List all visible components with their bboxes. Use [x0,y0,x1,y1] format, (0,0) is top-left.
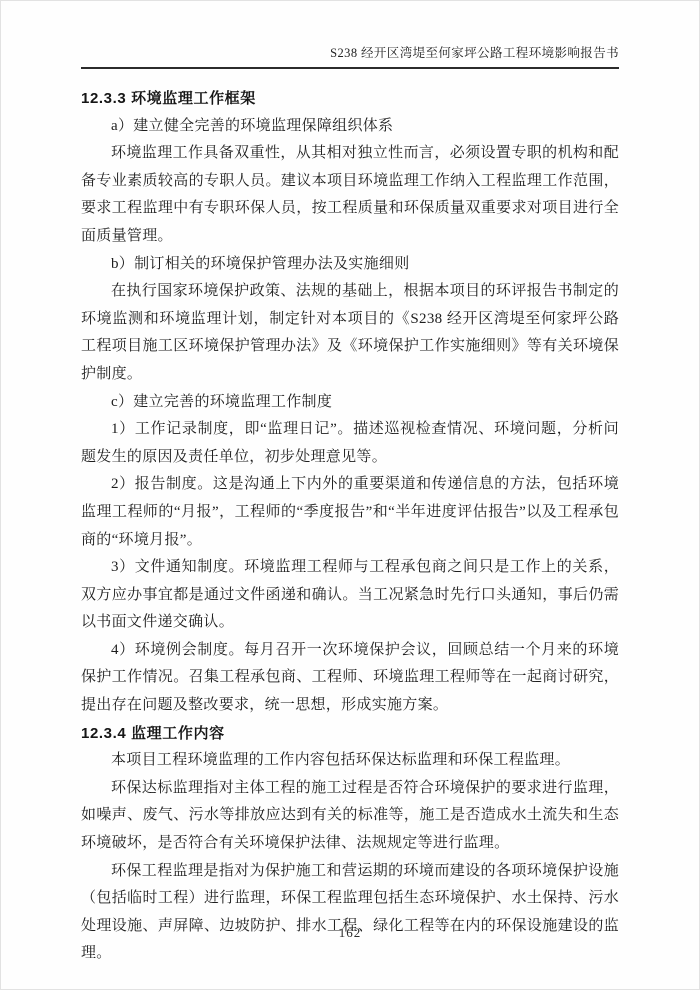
paragraph-body: 环保达标监理指对主体工程的施工过程是否符合环境保护的要求进行监理，如噪声、废气、… [81,775,619,858]
paragraph-list-2: 2）报告制度。这是沟通上下内外的重要渠道和传递信息的方法，包括环境监理工程师的“… [81,471,619,554]
paragraph-body: 环保工程监理是指对为保护施工和营运期的环境而建设的各项环境保护设施（包括临时工程… [81,858,619,968]
paragraph-body: 环境监理工作具备双重性，从其相对独立性而言，必须设置专职的机构和配备专业素质较高… [81,140,619,250]
section-heading-12-3-3: 12.3.3 环境监理工作框架 [81,85,619,113]
paragraph-list-3: 3）文件通知制度。环境监理工程师与工程承包商之间只是工作上的关系，双方应办事宜都… [81,554,619,637]
page-number: 162 [1,925,699,941]
paragraph-item-b: b）制订相关的环境保护管理办法及实施细则 [81,251,619,279]
paragraph-list-1: 1）工作记录制度，即“监理日记”。描述巡视检查情况、环境问题，分析问题发生的原因… [81,416,619,471]
report-header-title: S238 经开区湾堤至何家坪公路工程环境影响报告书 [81,45,619,69]
paragraph-item-c: c）建立完善的环境监理工作制度 [81,389,619,417]
paragraph-list-4: 4）环境例会制度。每月召开一次环境保护会议，回顾总结一个月来的环境保护工作情况。… [81,637,619,720]
paragraph-body: 本项目工程环境监理的工作内容包括环保达标监理和环保工程监理。 [81,747,619,775]
paragraph-body: 在执行国家环境保护政策、法规的基础上，根据本项目的环评报告书制定的环境监测和环境… [81,278,619,388]
document-page: S238 经开区湾堤至何家坪公路工程环境影响报告书 12.3.3 环境监理工作框… [0,0,700,990]
section-heading-12-3-4: 12.3.4 监理工作内容 [81,720,619,748]
paragraph-item-a: a）建立健全完善的环境监理保障组织体系 [81,113,619,141]
